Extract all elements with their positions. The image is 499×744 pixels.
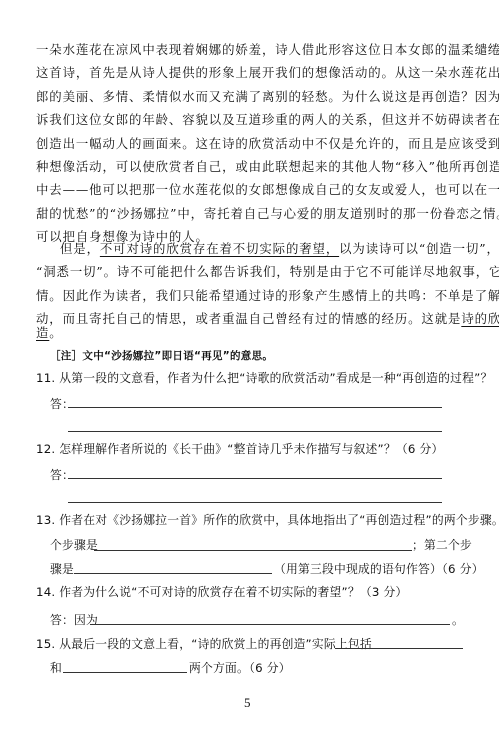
answer-blank-step1[interactable] bbox=[94, 550, 412, 551]
answer-line[interactable] bbox=[90, 624, 450, 625]
passage-line: 创造出一幅动人的画面来。这在诗的欣赏活动中不仅是允许的，而且是应该受到鼓励的。这 bbox=[36, 136, 464, 152]
underlined-text: 造 bbox=[36, 325, 49, 340]
question-13-instruction: （用第三段中现成的语句作答）（6 分） bbox=[274, 561, 474, 577]
underlined-text: 诗的欣赏上的再创 bbox=[461, 311, 499, 326]
text: 但是， bbox=[60, 241, 100, 256]
question-15: 15. 从最后一段的文意上看，“诗的欣赏上的再创造”实际上包括 bbox=[36, 636, 464, 652]
passage-line: 诉我们这位女郎的年龄、容貌以及互道珍重的两人的关系，但这并不妨碍读者在自己的想像… bbox=[36, 112, 464, 128]
passage-line: “洞悉一切”。诗不可能把什么都告诉我们，特别是由于它不可能详尽地叙事，它的特点在… bbox=[36, 264, 464, 280]
question-11: 11. 从第一段的文意看，作者为什么把“诗歌的欣赏活动”看成是一种“再创造的过程… bbox=[36, 370, 464, 386]
question-13: 13. 作者在对《沙扬娜拉一首》所作的欣赏中，具体地指出了“再创造过程”的两个步… bbox=[36, 512, 464, 528]
text: 以为读诗可以“创造一切”，因而也可以 bbox=[339, 241, 499, 256]
answer-label: 答：因为 bbox=[50, 612, 478, 628]
question-13-cont: ；第二个步 bbox=[412, 537, 472, 553]
question-15-cont: 两个方面。（6 分） bbox=[189, 660, 339, 676]
answer-blank-step2[interactable] bbox=[74, 573, 272, 574]
answer-line[interactable] bbox=[68, 502, 442, 503]
answer-blank-aspect2[interactable] bbox=[63, 672, 187, 673]
passage-line: 但是，不可对诗的欣赏存在着不切实际的奢望，以为读诗可以“创造一切”，因而也可以 bbox=[60, 241, 464, 257]
text: 动，而且寄托自己的情思，或者重温自己曾经有过的情感的经历。这就是 bbox=[36, 311, 461, 326]
answer-label: 答： bbox=[50, 396, 478, 412]
answer-line[interactable] bbox=[68, 478, 442, 479]
passage-line: 一朵水莲花在凉风中表现着娴娜的娇羞，诗人借此形容这位日本女郎的温柔缱绻。我们欣赏 bbox=[36, 42, 464, 58]
answer-line[interactable] bbox=[68, 431, 442, 432]
answer-label: 答： bbox=[50, 467, 478, 483]
passage-line: 造。 bbox=[36, 325, 464, 341]
passage-line: 情。因此作为读者，我们只能希望通过诗的形象产生感情上的共鸣：不单是了解诗人的感情… bbox=[36, 288, 464, 304]
period: 。 bbox=[452, 612, 472, 628]
page-number: 5 bbox=[244, 695, 251, 711]
text: 。 bbox=[49, 325, 62, 340]
answer-line[interactable] bbox=[68, 407, 442, 408]
passage-line: 种想像活动，可以使欣赏者自己，或由此联想起来的其他人物“移入”他所再创造的那幅画… bbox=[36, 159, 464, 175]
question-14: 14. 作者为什么说“不可对诗的欣赏存在着不切实际的奢望”？（3 分） bbox=[36, 584, 464, 600]
underlined-text: 不可对诗的欣赏存在着不切实际的奢望， bbox=[100, 241, 339, 256]
passage-line: 这首诗，首先是从诗人提供的形象上展开我们的想像活动的。从这一朵水莲花出发，想像那… bbox=[36, 65, 464, 81]
passage-line: 郎的美丽、多情、柔情似水而又充满了离别的轻愁。为什么说这是再创造？因为诗人并没有… bbox=[36, 89, 464, 105]
answer-blank-aspect1[interactable] bbox=[335, 648, 463, 649]
passage-line: 中去——他可以把那一位水莲花似的女郎想像成自己的女友或爱人，也可以在一声充满“蜜 bbox=[36, 182, 464, 198]
passage-line: 甜的忧愁”的“沙扬娜拉”中，寄托着自己与心爱的朋友道别时的那一份眷恋之情。就是说… bbox=[36, 206, 464, 222]
question-12: 12. 怎样理解作者所说的《长干曲》“整首诗几乎未作描写与叙述”？（6 分） bbox=[36, 441, 464, 457]
footnote: ［注］文中“沙扬娜拉”即日语“再见”的意思。 bbox=[50, 348, 478, 364]
